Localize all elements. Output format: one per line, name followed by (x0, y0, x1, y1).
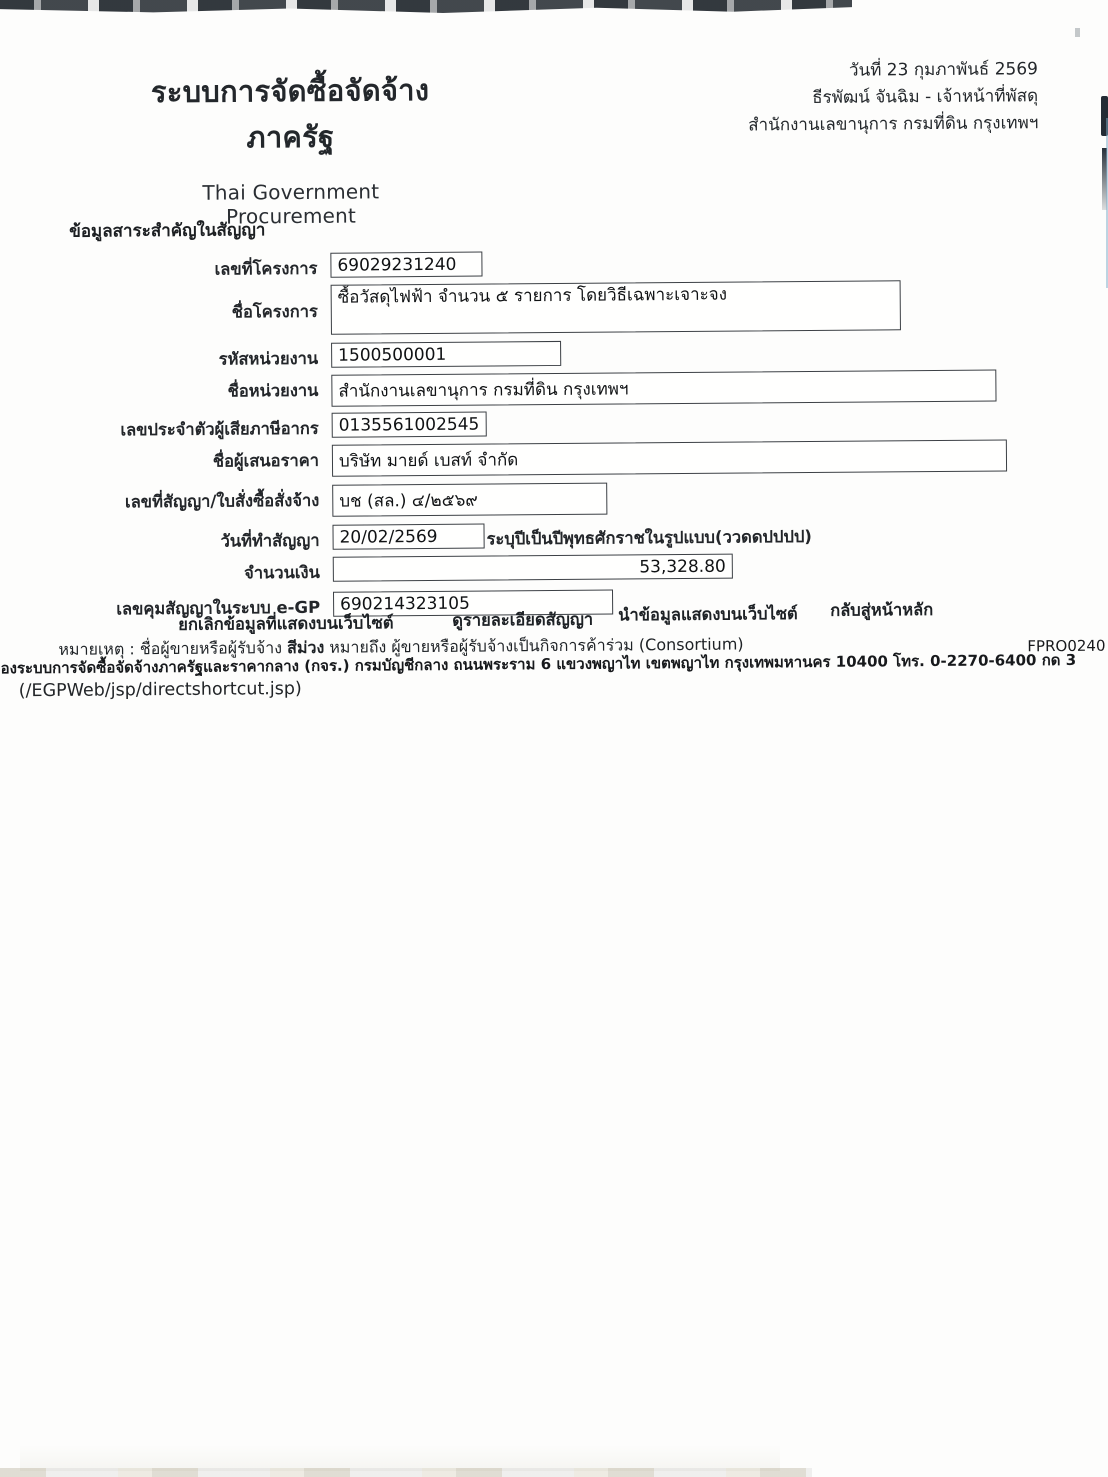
bidder-name-label: ชื่อผู้เสนอราคา (57, 445, 332, 476)
project-number-input[interactable]: 69029231240 (330, 252, 482, 278)
tax-id-input[interactable]: 0135561002545 (332, 412, 487, 438)
tax-id-label: เลขประจำตัวผู้เสียภาษีอากร (57, 413, 332, 444)
form-row-agency-code: รหัสหน่วยงาน 1500500001 (56, 337, 1066, 374)
footer-url-line: (/EGPWeb/jsp/directshortcut.jsp) (19, 679, 302, 701)
view-contract-detail-button[interactable]: ดูรายละเอียดสัญญา (452, 607, 593, 634)
agency-name-label: ชื่อหน่วยงาน (56, 375, 331, 406)
contract-date-label: วันที่ทำสัญญา (57, 525, 332, 556)
project-number-label: เลขที่โครงการ (55, 253, 330, 284)
form-row-project-name: ชื่อโครงการ ซื้อวัสดุไฟฟ้า จำนวน ๕ รายกา… (56, 279, 1066, 337)
publish-web-display-button[interactable]: นำข้อมูลแสดงบนเว็บไซต์ (618, 601, 798, 628)
back-to-home-button[interactable]: กลับสู่หน้าหลัก (830, 597, 933, 624)
print-date: วันที่ 23 กุมภาพันธ์ 2569 (748, 56, 1038, 85)
contract-date-input[interactable]: 20/02/2569 (332, 524, 484, 550)
agency-name-input[interactable]: สำนักงานเลขานุการ กรมที่ดิน กรุงเทพฯ (331, 370, 996, 407)
contract-summary-form: ข้อมูลสาระสำคัญในสัญญา เลขที่โครงการ 690… (55, 210, 1068, 663)
system-title-thai: ระบบการจัดซื้อจัดจ้างภาครัฐ (144, 67, 437, 161)
form-row-tax-id: เลขประจำตัวผู้เสียภาษีอากร 0135561002545 (57, 407, 1067, 444)
form-row-contract-number: เลขที่สัญญา/ใบสั่งซื้อสั่งจ้าง บช (สล.) … (57, 479, 1067, 519)
form-row-project-number: เลขที่โครงการ 69029231240 (55, 247, 1065, 284)
system-title-block: ระบบการจัดซื้อจัดจ้างภาครัฐ Thai Governm… (144, 67, 437, 229)
agency-code-label: รหัสหน่วยงาน (56, 343, 331, 374)
project-name-input[interactable]: ซื้อวัสดุไฟฟ้า จำนวน ๕ รายการ โดยวิธีเฉพ… (331, 280, 901, 334)
form-row-bidder-name: ชื่อผู้เสนอราคา บริษัท มายด์ เบสท์ จำกัด (57, 439, 1067, 479)
scanned-procurement-page: { "colors": { "ink": "#1f2328", "box_bor… (0, 0, 1108, 1477)
form-row-agency-name: ชื่อหน่วยงาน สำนักงานเลขานุการ กรมที่ดิน… (56, 369, 1066, 409)
cancel-web-display-button[interactable]: ยกเลิกข้อมูลที่แสดงบนเว็บไซต์ (178, 610, 393, 638)
contract-number-label: เลขที่สัญญา/ใบสั่งซื้อสั่งจ้าง (57, 485, 332, 516)
contract-date-format-hint: ระบุปีเป็นปีพุทธศักราชในรูปแบบ(ววดดปปปป) (486, 521, 812, 553)
bidder-name-input[interactable]: บริษัท มายด์ เบสท์ จำกัด (332, 439, 1007, 476)
form-row-amount: จำนวนเงิน 53,328.80 (58, 551, 1068, 588)
form-row-contract-date: วันที่ทำสัญญา 20/02/2569 ระบุปีเป็นปีพุท… (57, 519, 1067, 556)
contract-number-input[interactable]: บช (สล.) ๔/๒๕๖๙ (332, 483, 607, 517)
page-content: ระบบการจัดซื้อจัดจ้างภาครัฐ Thai Governm… (0, 0, 1108, 1477)
agency-code-input[interactable]: 1500500001 (331, 341, 561, 368)
amount-input[interactable]: 53,328.80 (333, 554, 733, 582)
amount-label: จำนวนเงิน (58, 557, 333, 588)
project-name-label: ชื่อโครงการ (56, 285, 331, 327)
user-name-role: ธีรพัฒน์ จันฉิม - เจ้าหน้าที่พัสดุ (748, 83, 1038, 112)
report-code: FPRO0240 (1027, 637, 1105, 656)
session-info-block: วันที่ 23 กุมภาพันธ์ 2569 ธีรพัฒน์ จันฉิ… (748, 56, 1039, 140)
user-organization: สำนักงานเลขานุการ กรมที่ดิน กรุงเทพฯ (748, 111, 1038, 140)
